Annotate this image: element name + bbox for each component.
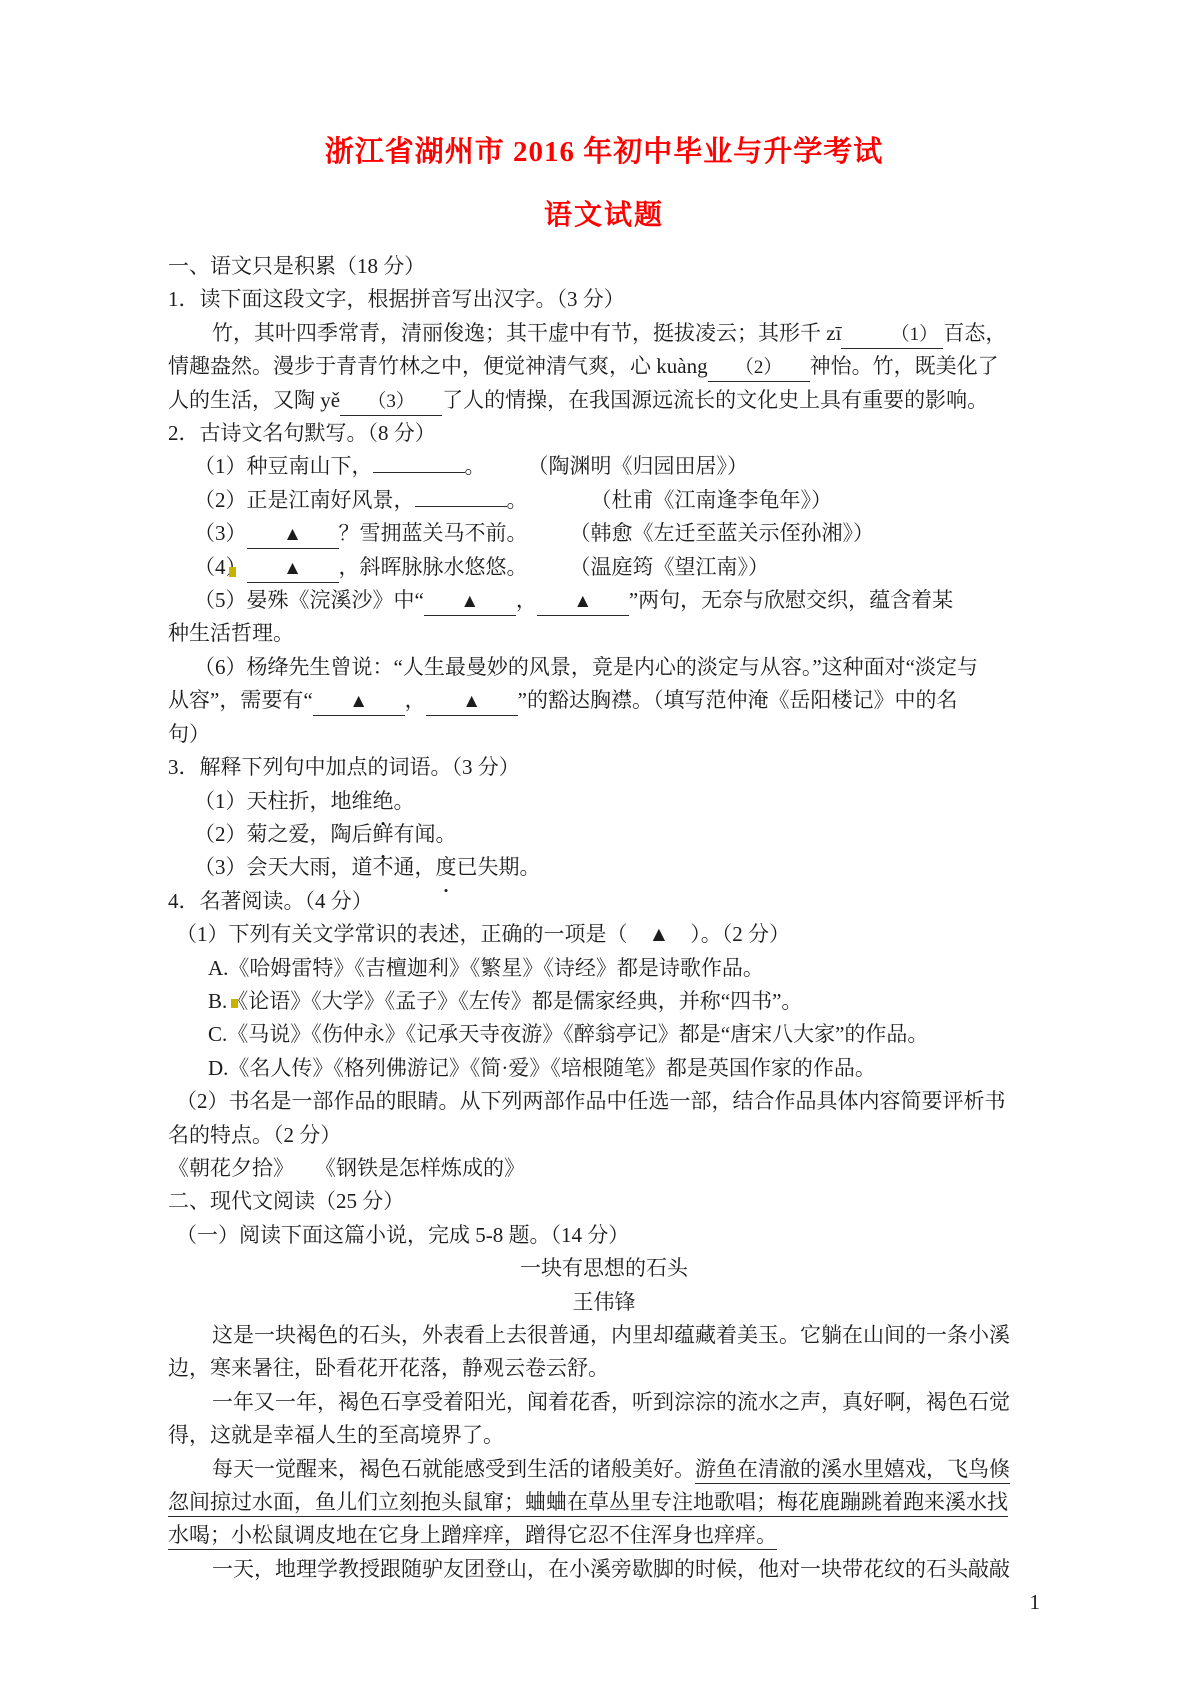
sub-question: （1）下列有关文学常识的表述，正确的一项是（ ▲ ）。（2 分） (168, 918, 1040, 951)
text-run: 种生活哲理。 (168, 621, 294, 645)
text-run: （3）会天大雨，道不通， (194, 855, 436, 879)
answer-blank: （3） (340, 390, 442, 416)
text-run: 一块有思想的石头 (520, 1256, 688, 1280)
text-run: （5）晏殊《浣溪沙》中“ (194, 588, 424, 612)
answer-blank (373, 471, 465, 473)
text-run: 4．名著阅读。（4 分） (168, 889, 373, 913)
text-run: （1）天柱折，地维 (194, 789, 373, 813)
answer-blank: ▲ (247, 557, 339, 583)
sub-question: （2）正是江南好风景，。 （杜甫《江南逢李龟年》） (168, 484, 1040, 517)
text-run: C.《马说》《伤仲永》《记承天寺夜游》《醉翁亭记》都是“唐宋八大家”的作品。 (208, 1022, 928, 1046)
underlined-text: 游鱼在清澈的溪水里嬉戏，飞鸟倏 (695, 1457, 1010, 1484)
answer-blank: ▲ (537, 590, 629, 616)
sub-question-continuation: 从容”，需要有“▲，▲”的豁达胸襟。（填写范仲淹《岳阳楼记》中的名 (168, 684, 1040, 717)
text-run: 一天，地理学教授跟随驴友团登山，在小溪旁歇脚的时候，他对一块带花纹的石头敲敲 (212, 1557, 1010, 1581)
emphasis-dot-char: 度 (436, 851, 457, 884)
passage-line: 忽间掠过水面，鱼儿们立刻抱头鼠窜；蛐蛐在草丛里专注地歌唱；梅花鹿蹦跳着跑来溪水找 (168, 1486, 1040, 1519)
book-choices: 《朝花夕拾》 《钢铁是怎样炼成的》 (168, 1152, 1040, 1185)
document-lines: 浙江省湖州市 2016 年初中毕业与升学考试语文试题一、语文只是积累（18 分）… (0, 0, 1200, 1620)
text-run: （1）种豆南山下， (194, 454, 373, 478)
option: B.《论语》《大学》《孟子》《左传》都是儒家经典，并称“四书”。 (168, 985, 1040, 1018)
text-run: 语文试题 (544, 200, 664, 231)
exam-subtitle: 语文试题 (168, 196, 1040, 236)
passage-line: 一年又一年，褐色石享受着阳光，闻着花香，听到淙淙的流水之声，真好啊，褐色石觉 (168, 1386, 1040, 1419)
text-run: 二、现代文阅读（25 分） (168, 1189, 404, 1213)
answer-blank (415, 505, 507, 507)
sub-question: （5）晏殊《浣溪沙》中“▲，▲”两句，无奈与欣慰交织，蕴含着某 (168, 584, 1040, 617)
text-run: 浙江省湖州市 2016 年初中毕业与升学考试 (325, 136, 884, 168)
section-heading: 一、语文只是积累（18 分） (168, 250, 1040, 283)
question: 4．名著阅读。（4 分） (168, 885, 1040, 918)
text-run: 人的生活，又陶 yě (168, 388, 340, 412)
scan-artifact (231, 999, 238, 1008)
text-run: 得，这就是幸福人生的至高境界了。 (168, 1423, 504, 1447)
text-run: 从容”，需要有“ (168, 688, 313, 712)
text-run: 3．解释下列句中加点的词语。（3 分） (168, 755, 520, 779)
passage-author: 王伟锋 (168, 1286, 1040, 1319)
answer-blank: ▲ (247, 523, 339, 549)
text-run: 。 （陶渊明《归园田居》） (465, 454, 749, 478)
answer-blank: ▲ (426, 690, 518, 716)
text-run: 。 (394, 789, 415, 813)
text-run: 百态， (943, 321, 1006, 345)
passage-line: 一天，地理学教授跟随驴友团登山，在小溪旁歇脚的时候，他对一块带花纹的石头敲敲 (168, 1553, 1040, 1586)
sub-question: （1）种豆南山下，。 （陶渊明《归园田居》） (168, 450, 1040, 483)
text-run: （4） (194, 555, 247, 579)
text-run: 有闻。 (394, 822, 457, 846)
sub-question-continuation: 句） (168, 718, 1040, 751)
sub-question: （6）杨绛先生曾说：“人生最曼妙的风景，竟是内心的淡定与从容。”这种面对“淡定与 (168, 651, 1040, 684)
passage-line: 得，这就是幸福人生的至高境界了。 (168, 1419, 1040, 1452)
question: 2．古诗文名句默写。（8 分） (168, 417, 1040, 450)
sub-question: （1）天柱折，地维绝。 (168, 785, 1040, 818)
text-run: ，斜晖脉脉水悠悠。 （温庭筠《望江南》） (339, 555, 770, 579)
text-run: 边，寒来暑往，卧看花开花落，静观云卷云舒。 (168, 1356, 609, 1380)
question: 1．读下面这段文字，根据拼音写出汉字。（3 分） (168, 283, 1040, 316)
option: A.《哈姆雷特》《吉檀迦利》《繁星》《诗经》都是诗歌作品。 (168, 952, 1040, 985)
exam-title: 浙江省湖州市 2016 年初中毕业与升学考试 (168, 132, 1040, 172)
text-run: （2）正是江南好风景， (194, 488, 415, 512)
text-run: 2．古诗文名句默写。（8 分） (168, 421, 436, 445)
text-run: ”的豁达胸襟。（填写范仲淹《岳阳楼记》中的名 (518, 688, 958, 712)
passage-line: 竹，其叶四季常青，清丽俊逸；其干虚中有节，挺拔凌云；其形千 zī（1）百态， (168, 317, 1040, 350)
text-run: （3） (194, 521, 247, 545)
passage-line: 人的生活，又陶 yě（3）了人的情操，在我国源远流长的文化史上具有重要的影响。 (168, 384, 1040, 417)
text-run: 《朝花夕拾》 《钢铁是怎样炼成的》 (168, 1156, 525, 1180)
underlined-text: 忽间掠过水面，鱼儿们立刻抱头鼠窜；蛐蛐在草丛里专注地歌唱；梅花鹿蹦跳着跑来溪水找 (168, 1490, 1008, 1517)
text-run: B.《论语》《大学》《孟子》《左传》都是儒家经典，并称“四书”。 (208, 989, 802, 1013)
page-number: 1 (168, 1586, 1040, 1619)
text-run: ， (516, 588, 537, 612)
text-run: 一年又一年，褐色石享受着阳光，闻着花香，听到淙淙的流水之声，真好啊，褐色石觉 (212, 1390, 1010, 1414)
sub-question: （4）▲，斜晖脉脉水悠悠。 （温庭筠《望江南》） (168, 551, 1040, 584)
sub-question: （3）会天大雨，道不通，度已失期。 (168, 851, 1040, 884)
text-run: （2）书名是一部作品的眼睛。从下列两部作品中任选一部，结合作品具体内容简要评析书 (176, 1089, 1006, 1113)
sub-question: （3）▲？雪拥蓝关马不前。 （韩愈《左迁至蓝关示侄孙湘》） (168, 517, 1040, 550)
text-run: A.《哈姆雷特》《吉檀迦利》《繁星》《诗经》都是诗歌作品。 (208, 956, 764, 980)
passage-line: 每天一觉醒来，褐色石就能感受到生活的诸般美好。游鱼在清澈的溪水里嬉戏，飞鸟倏 (168, 1453, 1040, 1486)
text-run: 竹，其叶四季常青，清丽俊逸；其干虚中有节，挺拔凌云；其形千 zī (212, 321, 841, 345)
text-run: 已失期。 (457, 855, 541, 879)
text-run: 这是一块褐色的石头，外表看上去很普通，内里却蕴藏着美玉。它躺在山间的一条小溪 (212, 1323, 1010, 1347)
emphasis-dot-char: 绝 (373, 785, 394, 818)
sub-question-continuation: 种生活哲理。 (168, 617, 1040, 650)
emphasis-dot-char: 鲜 (373, 818, 394, 851)
text-run: （一）阅读下面这篇小说，完成 5-8 题。（14 分） (176, 1223, 629, 1247)
passage-line: 边，寒来暑往，卧看花开花落，静观云卷云舒。 (168, 1352, 1040, 1385)
text-run: D.《名人传》《格列佛游记》《简·爱》《培根随笔》都是英国作家的作品。 (208, 1056, 876, 1080)
text-run: ？雪拥蓝关马不前。 （韩愈《左迁至蓝关示侄孙湘》） (339, 521, 875, 545)
text-run: 名的特点。（2 分） (168, 1123, 341, 1147)
text-run: ”两句，无奈与欣慰交织，蕴含着某 (629, 588, 953, 612)
answer-blank: ▲ (424, 590, 516, 616)
text-run: （6）杨绛先生曾说：“人生最曼妙的风景，竟是内心的淡定与从容。”这种面对“淡定与 (194, 655, 978, 679)
passage-line: 情趣盎然。漫步于青青竹林之中，便觉神清气爽，心 kuàng（2）神怡。竹，既美化… (168, 350, 1040, 383)
text-run: 句） (168, 722, 210, 746)
text-run: （1）下列有关文学常识的表述，正确的一项是（ ▲ ）。（2 分） (176, 922, 790, 946)
underlined-text: 水喝；小松鼠调皮地在它身上蹭痒痒，蹭得它忍不住浑身也痒痒。 (168, 1523, 777, 1550)
answer-blank: （1） (841, 323, 943, 349)
sub-question: （2）书名是一部作品的眼睛。从下列两部作品中任选一部，结合作品具体内容简要评析书 (168, 1085, 1040, 1118)
text-run: 神怡。竹，既美化了 (810, 354, 999, 378)
text-run: 一、语文只是积累（18 分） (168, 254, 425, 278)
scan-artifact (229, 567, 236, 577)
passage-line: 水喝；小松鼠调皮地在它身上蹭痒痒，蹭得它忍不住浑身也痒痒。 (168, 1519, 1040, 1552)
section-heading: 二、现代文阅读（25 分） (168, 1185, 1040, 1218)
text-run: ， (405, 688, 426, 712)
text-run: 1．读下面这段文字，根据拼音写出汉字。（3 分） (168, 287, 625, 311)
sub-question-continuation: 名的特点。（2 分） (168, 1119, 1040, 1152)
question: 3．解释下列句中加点的词语。（3 分） (168, 751, 1040, 784)
text-run: 了人的情操，在我国源远流长的文化史上具有重要的影响。 (442, 388, 988, 412)
sub-section-heading: （一）阅读下面这篇小说，完成 5-8 题。（14 分） (168, 1219, 1040, 1252)
option: C.《马说》《伤仲永》《记承天寺夜游》《醉翁亭记》都是“唐宋八大家”的作品。 (168, 1018, 1040, 1051)
text-run: （2）菊之爱，陶后 (194, 822, 373, 846)
text-run: 。 （杜甫《江南逢李龟年》） (507, 488, 833, 512)
text-run: 情趣盎然。漫步于青青竹林之中，便觉神清气爽，心 kuàng (168, 354, 708, 378)
text-run: 王伟锋 (573, 1290, 636, 1314)
answer-blank: （2） (708, 356, 810, 382)
sub-question: （2）菊之爱，陶后鲜有闻。 (168, 818, 1040, 851)
passage-title: 一块有思想的石头 (168, 1252, 1040, 1285)
document-page: 浙江省湖州市 2016 年初中毕业与升学考试语文试题一、语文只是积累（18 分）… (0, 0, 1200, 1698)
option: D.《名人传》《格列佛游记》《简·爱》《培根随笔》都是英国作家的作品。 (168, 1052, 1040, 1085)
text-run: 1 (1030, 1590, 1041, 1614)
text-run: 每天一觉醒来，褐色石就能感受到生活的诸般美好。 (212, 1457, 695, 1481)
passage-line: 这是一块褐色的石头，外表看上去很普通，内里却蕴藏着美玉。它躺在山间的一条小溪 (168, 1319, 1040, 1352)
answer-blank: ▲ (313, 690, 405, 716)
